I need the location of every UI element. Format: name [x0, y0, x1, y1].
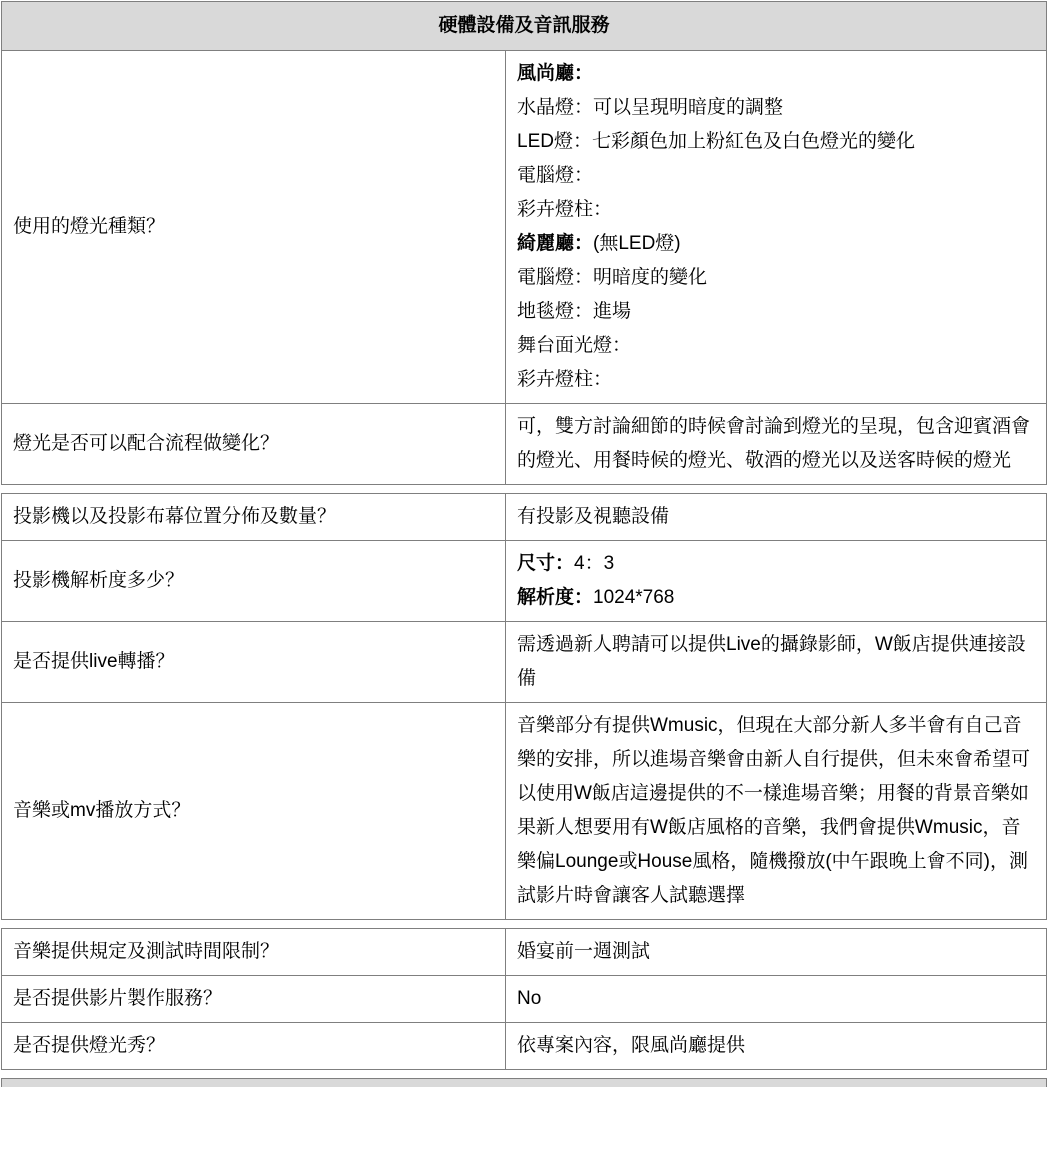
question-cell: 是否提供燈光秀？ — [2, 1023, 506, 1070]
answer-line: 綺麗廳：(無LED燈) — [517, 227, 1035, 261]
qa-row: 投影機解析度多少？尺寸：4：3解析度：1024*768 — [2, 541, 1047, 622]
qa-table-2: 投影機以及投影布幕位置分佈及數量？有投影及視聽設備投影機解析度多少？尺寸：4：3… — [1, 493, 1047, 920]
answer-segment: No — [517, 988, 541, 1009]
table-header-row: 硬體設備及音訊服務 — [2, 2, 1047, 51]
answer-line: 水晶燈：可以呈現明暗度的調整 — [517, 91, 1035, 125]
answer-segment: 綺麗廳： — [517, 233, 593, 254]
answer-segment: 舞台面光燈： — [517, 335, 631, 356]
answer-line: 彩卉燈柱： — [517, 193, 1035, 227]
question-cell: 音樂提供規定及測試時間限制？ — [2, 929, 506, 976]
answer-cell: 音樂部分有提供Wmusic，但現在大部分新人多半會有自己音樂的安排，所以進場音樂… — [506, 703, 1047, 920]
qa-row: 是否提供燈光秀？依專案內容，限風尚廳提供 — [2, 1023, 1047, 1070]
question-cell: 投影機解析度多少？ — [2, 541, 506, 622]
answer-segment: 有投影及視聽設備 — [517, 506, 669, 527]
answer-segment: 電腦燈： — [517, 165, 593, 186]
answer-segment: 風尚廳： — [517, 63, 593, 84]
qa-row: 燈光是否可以配合流程做變化？可，雙方討論細節的時候會討論到燈光的呈現，包含迎賓酒… — [2, 404, 1047, 485]
answer-line: 電腦燈：明暗度的變化 — [517, 261, 1035, 295]
answer-line: LED燈：七彩顏色加上粉紅色及白色燈光的變化 — [517, 125, 1035, 159]
answer-line: 風尚廳： — [517, 57, 1035, 91]
question-cell: 投影機以及投影布幕位置分佈及數量？ — [2, 494, 506, 541]
section-title: 硬體設備及音訊服務 — [2, 2, 1047, 51]
answer-segment: LED燈：七彩顏色加上粉紅色及白色燈光的變化 — [517, 131, 915, 152]
answer-cell: 依專案內容，限風尚廳提供 — [506, 1023, 1047, 1070]
answer-line: No — [517, 982, 1035, 1016]
question-cell: 燈光是否可以配合流程做變化？ — [2, 404, 506, 485]
answer-line: 需透過新人聘請可以提供Live的攝錄影師，W飯店提供連接設備 — [517, 628, 1035, 696]
document-page: 硬體設備及音訊服務使用的燈光種類？風尚廳：水晶燈：可以呈現明暗度的調整LED燈：… — [0, 0, 1050, 1087]
answer-segment: 彩卉燈柱： — [517, 199, 612, 220]
answer-segment: 彩卉燈柱： — [517, 369, 612, 390]
answer-segment: 水晶燈：可以呈現明暗度的調整 — [517, 97, 783, 118]
answer-segment: 1024*768 — [593, 587, 674, 608]
qa-row: 是否提供live轉播？需透過新人聘請可以提供Live的攝錄影師，W飯店提供連接設… — [2, 622, 1047, 703]
answer-cell: 有投影及視聽設備 — [506, 494, 1047, 541]
answer-cell: 可，雙方討論細節的時候會討論到燈光的呈現，包含迎賓酒會的燈光、用餐時候的燈光、敬… — [506, 404, 1047, 485]
answer-segment: 電腦燈：明暗度的變化 — [517, 267, 707, 288]
next-section-header-partial — [1, 1078, 1047, 1087]
answer-line: 婚宴前一週測試 — [517, 935, 1035, 969]
answer-segment: 4：3 — [574, 553, 614, 574]
qa-row: 投影機以及投影布幕位置分佈及數量？有投影及視聽設備 — [2, 494, 1047, 541]
answer-cell: 需透過新人聘請可以提供Live的攝錄影師，W飯店提供連接設備 — [506, 622, 1047, 703]
qa-table-1: 硬體設備及音訊服務使用的燈光種類？風尚廳：水晶燈：可以呈現明暗度的調整LED燈：… — [1, 1, 1047, 485]
answer-line: 舞台面光燈： — [517, 329, 1035, 363]
answer-segment: (無LED燈) — [593, 233, 681, 254]
question-cell: 是否提供live轉播？ — [2, 622, 506, 703]
answer-line: 彩卉燈柱： — [517, 363, 1035, 397]
qa-table-3: 音樂提供規定及測試時間限制？婚宴前一週測試是否提供影片製作服務？No是否提供燈光… — [1, 928, 1047, 1070]
answer-segment: 解析度： — [517, 587, 593, 608]
answer-segment: 音樂部分有提供Wmusic，但現在大部分新人多半會有自己音樂的安排，所以進場音樂… — [517, 715, 1030, 906]
qa-row: 音樂或mv播放方式？音樂部分有提供Wmusic，但現在大部分新人多半會有自己音樂… — [2, 703, 1047, 920]
answer-segment: 依專案內容，限風尚廳提供 — [517, 1035, 745, 1056]
qa-tables-container: 硬體設備及音訊服務使用的燈光種類？風尚廳：水晶燈：可以呈現明暗度的調整LED燈：… — [1, 1, 1048, 1070]
answer-segment: 可，雙方討論細節的時候會討論到燈光的呈現，包含迎賓酒會的燈光、用餐時候的燈光、敬… — [517, 416, 1030, 471]
qa-row: 使用的燈光種類？風尚廳：水晶燈：可以呈現明暗度的調整LED燈：七彩顏色加上粉紅色… — [2, 51, 1047, 404]
answer-line: 解析度：1024*768 — [517, 581, 1035, 615]
question-cell: 音樂或mv播放方式？ — [2, 703, 506, 920]
qa-row: 是否提供影片製作服務？No — [2, 976, 1047, 1023]
answer-cell: 婚宴前一週測試 — [506, 929, 1047, 976]
answer-cell: 風尚廳：水晶燈：可以呈現明暗度的調整LED燈：七彩顏色加上粉紅色及白色燈光的變化… — [506, 51, 1047, 404]
answer-segment: 需透過新人聘請可以提供Live的攝錄影師，W飯店提供連接設備 — [517, 634, 1026, 689]
answer-line: 電腦燈： — [517, 159, 1035, 193]
answer-segment: 尺寸： — [517, 553, 574, 574]
answer-line: 依專案內容，限風尚廳提供 — [517, 1029, 1035, 1063]
answer-segment: 地毯燈：進場 — [517, 301, 631, 322]
answer-line: 尺寸：4：3 — [517, 547, 1035, 581]
answer-segment: 婚宴前一週測試 — [517, 941, 650, 962]
question-cell: 使用的燈光種類？ — [2, 51, 506, 404]
answer-line: 地毯燈：進場 — [517, 295, 1035, 329]
qa-row: 音樂提供規定及測試時間限制？婚宴前一週測試 — [2, 929, 1047, 976]
question-cell: 是否提供影片製作服務？ — [2, 976, 506, 1023]
answer-cell: 尺寸：4：3解析度：1024*768 — [506, 541, 1047, 622]
answer-line: 音樂部分有提供Wmusic，但現在大部分新人多半會有自己音樂的安排，所以進場音樂… — [517, 709, 1035, 913]
answer-line: 有投影及視聽設備 — [517, 500, 1035, 534]
answer-line: 可，雙方討論細節的時候會討論到燈光的呈現，包含迎賓酒會的燈光、用餐時候的燈光、敬… — [517, 410, 1035, 478]
answer-cell: No — [506, 976, 1047, 1023]
